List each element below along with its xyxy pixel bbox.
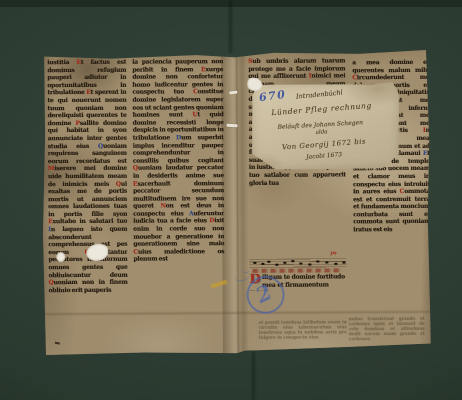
music-staff — [249, 258, 346, 268]
shelfmark-number: 670 — [258, 88, 287, 104]
backdrop-seam-bottom — [252, 352, 255, 400]
label-line-4: alda — [316, 129, 328, 136]
label-line-5: Von Georgij 1672 bis — [282, 137, 366, 151]
spine-gutter — [221, 50, 249, 355]
label-line-6: Jacobi 1673 — [306, 151, 342, 161]
label-line-1: Intradenbüchl — [296, 88, 343, 100]
red-rubric-line — [252, 268, 340, 273]
paper-title-label: 670 Intradenbüchl Lünder Pfleg rechnung … — [251, 82, 401, 171]
manuscript-binding: iustitia Et factus est dominus refugium … — [41, 49, 431, 356]
label-line-2: Lünder Pfleg rechnung — [271, 101, 372, 117]
faded-fragment-text: nubes transierunt grando et carbones ign… — [349, 316, 425, 342]
ink-spot — [55, 342, 60, 345]
left-page-column-2: ia paciencia pauperum non peribit in fin… — [132, 58, 225, 311]
stamp-numeral: 2 — [252, 279, 276, 308]
repair-patch-small — [56, 252, 65, 262]
music-notes — [253, 261, 256, 264]
left-page-column-1: iustitia Et factus est dominus refugium … — [47, 59, 128, 311]
photo-stage: iustitia Et factus est dominus refugium … — [0, 0, 462, 400]
rubric-abbreviation: ps — [330, 250, 336, 256]
backdrop-seam-top — [229, 0, 232, 53]
faded-fragment-text: et posuit tenebras latibulum suum in cir… — [259, 319, 347, 348]
sewing-stitch — [226, 124, 237, 128]
